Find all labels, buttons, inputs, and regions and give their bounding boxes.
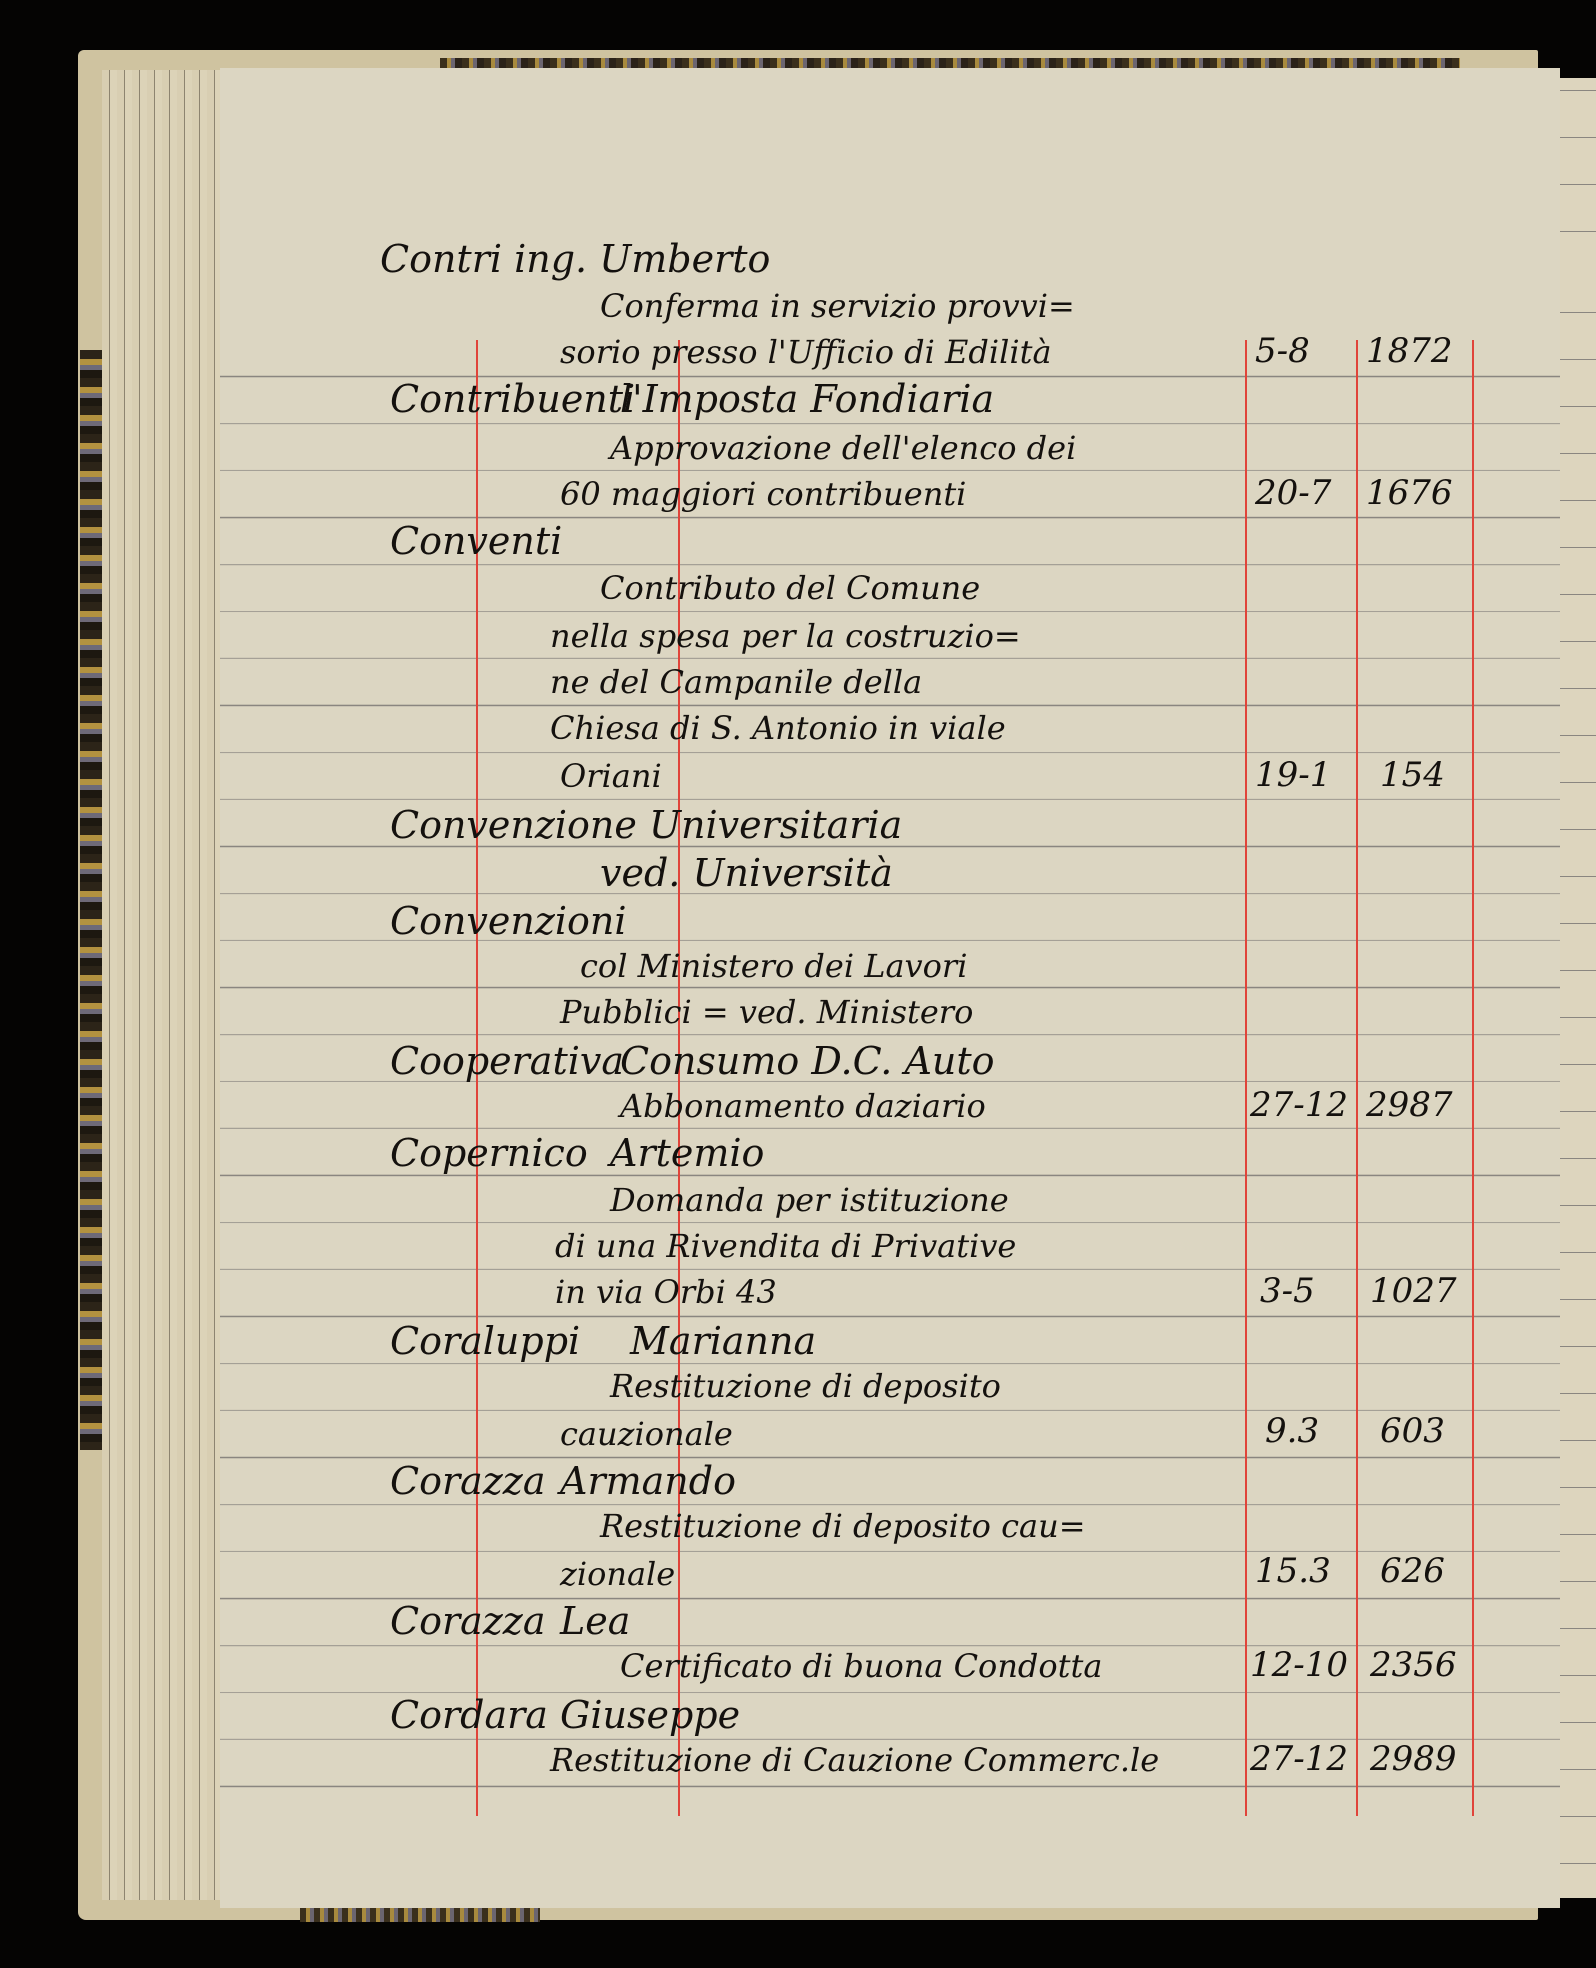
entry-name: Artemio: [610, 1134, 764, 1172]
entry-line: in via Orbi 43: [555, 1276, 777, 1308]
entry-number: 626: [1380, 1554, 1445, 1588]
entry-line: Restituzione di Cauzione Commerc.le: [550, 1744, 1159, 1776]
index-tab-page-stack: [102, 70, 222, 1900]
entry-line: Restituzione di deposito cau=: [600, 1510, 1086, 1542]
margin-rule-number: [1356, 340, 1358, 1820]
entry-date: 5-8: [1255, 334, 1310, 368]
entry-name: Consumo D.C. Auto: [620, 1042, 995, 1080]
entry-line: Contributo del Comune: [600, 572, 980, 604]
entry-number: 2356: [1370, 1648, 1457, 1682]
entry-line: Oriani: [560, 760, 662, 792]
entry-name: Armando: [560, 1462, 736, 1500]
entry-number: 2987: [1366, 1088, 1453, 1122]
margin-rule-date: [1245, 340, 1247, 1820]
entry-name: Giuseppe: [560, 1696, 740, 1734]
entry-line: Chiesa di S. Antonio in viale: [550, 712, 1006, 744]
entry-line: Domanda per istituzione: [610, 1184, 1009, 1216]
entry-date: 15.3: [1255, 1554, 1331, 1588]
entry-surname: Coraluppi: [390, 1322, 580, 1360]
entry-surname: Contri ing. Umberto: [380, 240, 770, 278]
entry-number: 1676: [1366, 476, 1453, 510]
entry-line: col Ministero dei Lavori: [580, 950, 967, 982]
entry-date: 9.3: [1265, 1414, 1319, 1448]
entry-line: ved. Università: [600, 854, 893, 892]
entry-line: 60 maggiori contribuenti: [560, 478, 966, 510]
entry-date: 20-7: [1255, 476, 1331, 510]
entry-line: Abbonamento daziario: [620, 1090, 986, 1122]
entry-date: 3-5: [1260, 1274, 1315, 1308]
entry-line: nella spesa per la costruzio=: [550, 620, 1021, 652]
entry-name: Marianna: [630, 1322, 816, 1360]
entry-surname: Conventi: [390, 522, 562, 560]
entry-line: zionale: [560, 1558, 675, 1590]
entry-surname: Contribuenti: [390, 380, 635, 418]
entry-surname: Convenzioni: [390, 902, 627, 940]
entry-number: 2989: [1370, 1742, 1457, 1776]
entry-number: 1027: [1370, 1274, 1457, 1308]
ledger-page: Contri ing. Umberto Conferma in servizio…: [220, 68, 1560, 1908]
entry-surname: Cordara: [390, 1696, 548, 1734]
entry-date: 27-12: [1250, 1088, 1348, 1122]
entry-number: 603: [1380, 1414, 1445, 1448]
entry-line: sorio presso l'Ufficio di Edilità: [560, 336, 1052, 368]
entry-number: 154: [1380, 758, 1445, 792]
entry-surname: Corazza: [390, 1462, 545, 1500]
marbled-cover-bottom-edge: [300, 1908, 540, 1922]
entry-line: Restituzione di deposito: [610, 1370, 1001, 1402]
entry-line: ne del Campanile della: [550, 666, 922, 698]
entry-line: Approvazione dell'elenco dei: [610, 432, 1076, 464]
entry-date: 12-10: [1250, 1648, 1348, 1682]
entry-surname: Cooperativa: [390, 1042, 624, 1080]
entry-line: Conferma in servizio provvi=: [600, 290, 1075, 322]
entry-line: Certificato di buona Condotta: [620, 1650, 1102, 1682]
entry-date: 19-1: [1255, 758, 1331, 792]
entry-name: l'Imposta Fondiaria: [620, 380, 994, 418]
entry-line: Pubblici = ved. Ministero: [560, 996, 973, 1028]
entry-surname: Convenzione Universitaria: [390, 806, 902, 844]
entry-name: Lea: [560, 1602, 630, 1640]
entry-number: 1872: [1366, 334, 1453, 368]
entry-date: 27-12: [1250, 1742, 1348, 1776]
margin-rule-right: [1472, 340, 1474, 1820]
entry-surname: Corazza: [390, 1602, 545, 1640]
entry-line: cauzionale: [560, 1418, 733, 1450]
entry-surname: Copernico: [390, 1134, 588, 1172]
entry-line: di una Rivendita di Privative: [555, 1230, 1016, 1262]
